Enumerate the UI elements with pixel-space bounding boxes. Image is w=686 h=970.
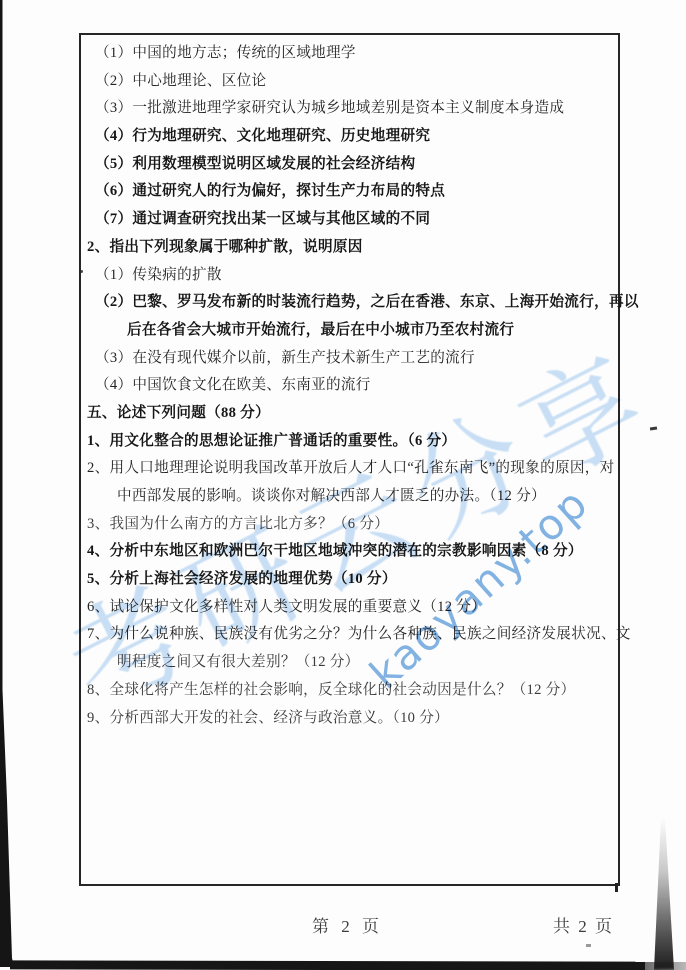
document-line: 3、我国为什么南方的方言比北方多？（6 分） [83, 511, 616, 539]
document-line: 6、试论保护文化多样性对人类文明发展的重要意义（12 分） [83, 594, 616, 622]
document-line: （2）巴黎、罗马发布新的时装流行趋势，之后在香港、东京、上海开始流行，再以 [83, 289, 616, 317]
document-line: （3）一批激进地理学家研究认为城乡地域差别是资本主义制度本身造成 [83, 95, 616, 123]
document-line: 1、用文化整合的思想论证推广普通话的重要性。（6 分） [83, 428, 616, 456]
page-number-total: 共 2 页 [553, 912, 614, 937]
exam-text-block: （1）中国的地方志；传统的区域地理学（2）中心地理论、区位论（3）一批激进地理学… [83, 40, 616, 732]
document-line: （4）中国饮食文化在欧美、东南亚的流行 [83, 372, 616, 400]
document-line: 2、指出下列现象属于哪种扩散，说明原因 [83, 234, 616, 262]
document-line: （6）通过研究人的行为偏好，探讨生产力布局的特点 [83, 178, 616, 206]
scan-artifact-bottom-band [10, 960, 648, 970]
document-line: （3）在没有现代媒介以前，新生产技术新生产工艺的流行 [83, 345, 616, 373]
document-line: 5、分析上海社会经济发展的地理优势（10 分） [83, 566, 616, 594]
document-line: 后在各省会大城市开始流行，最后在中小城市乃至农村流行 [83, 317, 616, 345]
document-line: （1）中国的地方志；传统的区域地理学 [83, 40, 616, 68]
document-line: （7）通过调查研究找出某一区域与其他区域的不同 [83, 206, 616, 234]
document-line: 五、论述下列问题（88 分） [83, 400, 616, 428]
scan-speck [650, 427, 657, 431]
document-line: 2、用人口地理理论说明我国改革开放后人才人口“孔雀东南飞”的现象的原因，对 [83, 455, 616, 483]
document-line: 8、全球化将产生怎样的社会影响，反全球化的社会动因是什么？（12 分） [83, 677, 616, 705]
document-line: 4、分析中东地区和欧洲巴尔干地区地域冲突的潜在的宗教影响因素（8 分） [83, 538, 616, 566]
scan-speck [586, 944, 591, 947]
document-line: （5）利用数理模型说明区域发展的社会经济结构 [83, 151, 616, 179]
scanned-exam-page: （1）中国的地方志；传统的区域地理学（2）中心地理论、区位论（3）一批激进地理学… [0, 0, 686, 970]
document-line: 明程度之间又有很大差别？（12 分） [83, 649, 616, 677]
scan-artifact-left-edge [0, 0, 14, 967]
document-line: （4）行为地理研究、文化地理研究、历史地理研究 [83, 123, 616, 151]
content-frame-tick [615, 883, 618, 892]
scan-artifact-right-streak [646, 818, 680, 970]
document-line: 7、为什么说种族、民族没有优劣之分？为什么各种族、民族之间经济发展状况、文 [83, 621, 616, 649]
document-line: 9、分析西部大开发的社会、经济与政治意义。（10 分） [83, 705, 616, 733]
page-number-current: 第 2 页 [312, 912, 383, 937]
document-line: （2）中心地理论、区位论 [83, 68, 616, 96]
document-line: 中西部发展的影响。谈谈你对解决西部人才匮乏的办法。（12 分） [83, 483, 616, 511]
document-line: （1）传染病的扩散 [83, 262, 616, 290]
